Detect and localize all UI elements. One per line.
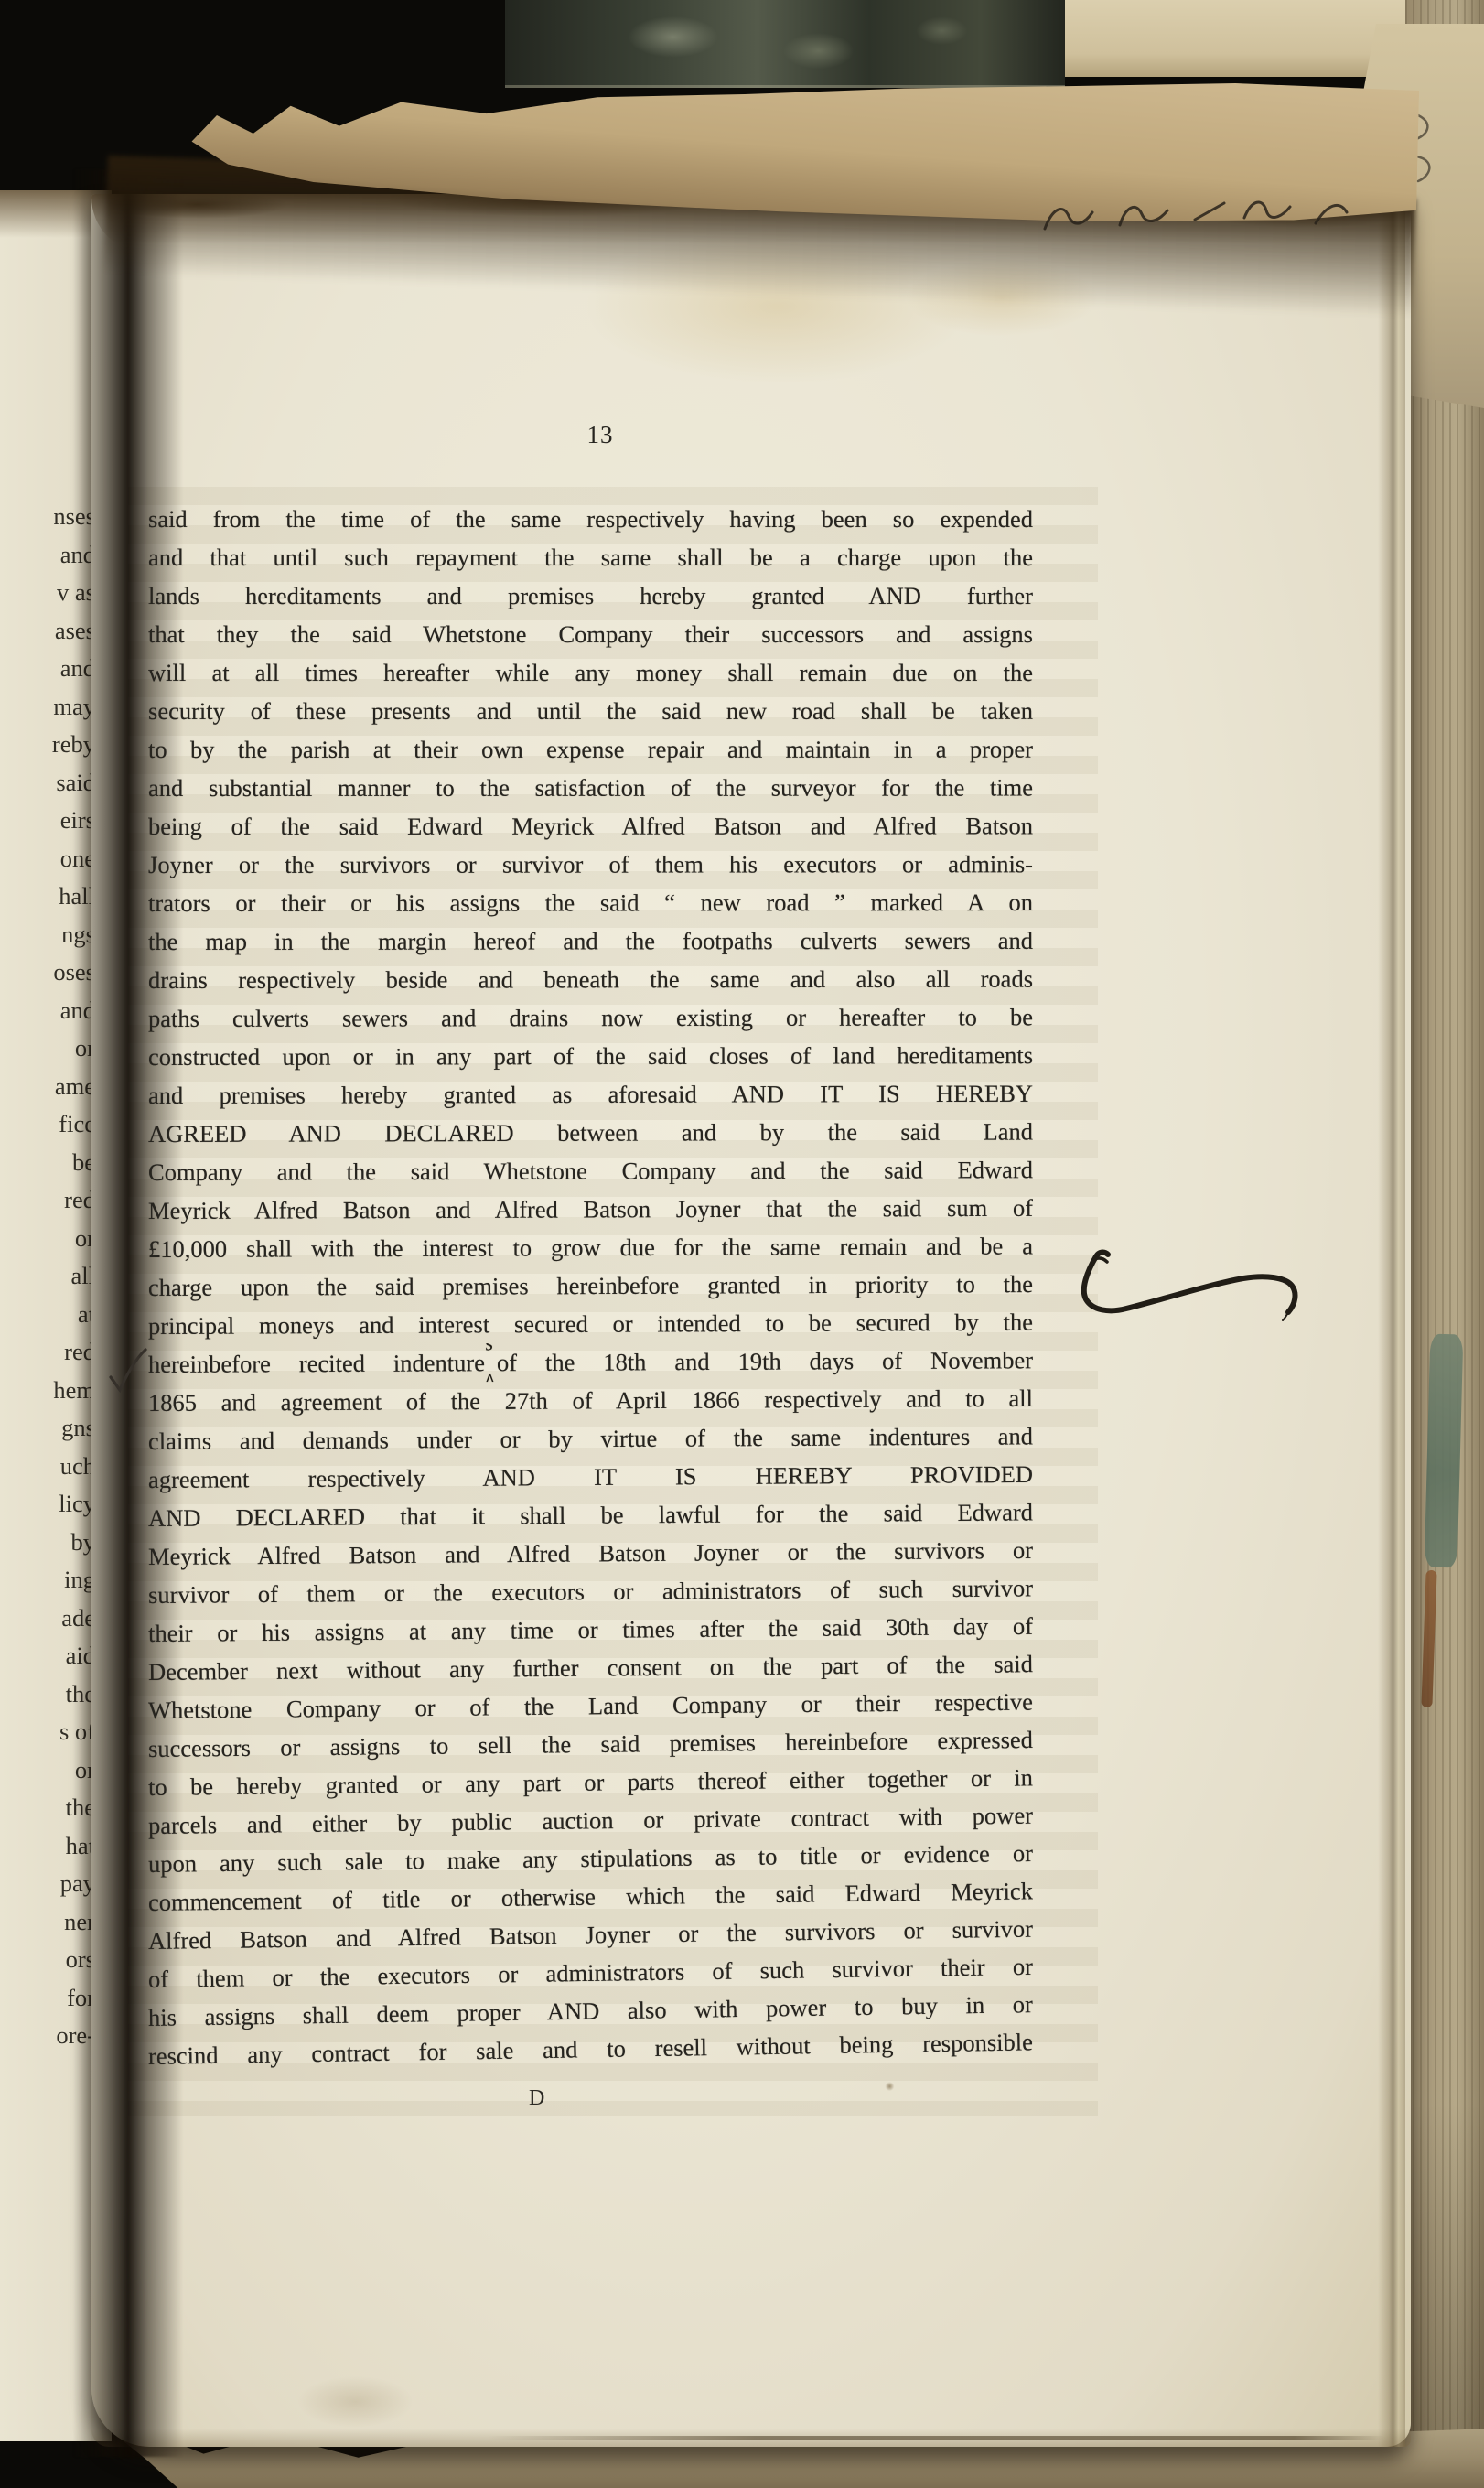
text-line: the map in the margin hereof and the foo… [148,921,1033,961]
handwriting-scrawl-icon [1032,172,1398,256]
text-line: agreement respectively AND IT IS HEREBY … [148,1455,1033,1499]
inserted-letter: sʌ [485,1347,497,1372]
text-line: Joyner or the survivors or survivor of t… [148,845,1033,884]
text-line: lands hereditaments and premises hereby … [148,576,1033,615]
text-line: said from the time of the same respectiv… [148,500,1033,538]
text-line: drains respectively beside and beneath t… [148,960,1033,999]
text-line: 1865 and agreement of the 27th of April … [148,1379,1033,1422]
signature-mark: D [529,2086,545,2111]
text-line: to by the parish at their own expense re… [148,730,1033,769]
margin-checkmark-icon [104,1343,152,1396]
deed-text-block: said from the time of the same respectiv… [148,500,1033,2075]
text-line: and that until such repayment the same s… [148,538,1033,576]
text-line: principal moneys and interest secured or… [148,1303,1033,1345]
text-line: claims and demands under or by virtue of… [148,1416,1033,1460]
text-line: Meyrick Alfred Batson and Alfred Batson … [148,1189,1033,1230]
text-line: and substantial manner to the satisfacti… [148,769,1033,807]
text-line: Company and the said Whetstone Company a… [148,1150,1033,1191]
page-bottom-edge-line [488,2436,1385,2440]
text-line: AND DECLARED that it shall be lawful for… [148,1492,1033,1537]
text-line: £10,000 shall with the interest to grow … [148,1226,1033,1268]
text-line: constructed upon or in any part of the s… [148,1036,1033,1076]
text-line: AGREED AND DECLARED between and by the s… [148,1112,1033,1153]
green-page-edge-strip [1425,1334,1464,1568]
page-number: 13 [564,421,637,449]
text-line: charge upon the said premises hereinbefo… [148,1265,1033,1307]
text-line: that they the said Whetstone Company the… [148,615,1033,653]
text-line: hereinbefore recited indenturesʌof the 1… [148,1341,1033,1384]
text-line: security of these presents and until the… [148,692,1033,730]
text-line: trators or their or his assigns the said… [148,883,1033,922]
text-line: paths culverts sewers and drains now exi… [148,997,1033,1038]
book-scan: nsesandv asasesandmayrebysaideirsonehall… [0,0,1484,2488]
margin-flourish-icon [1069,1246,1314,1333]
background-photo-fragment [505,0,1065,88]
text-line: being of the said Edward Meyrick Alfred … [148,806,1033,845]
page-right-edge-crease [1378,194,1405,2447]
text-line: and premises hereby granted as aforesaid… [148,1074,1033,1115]
text-line: will at all times hereafter while any mo… [148,653,1033,692]
